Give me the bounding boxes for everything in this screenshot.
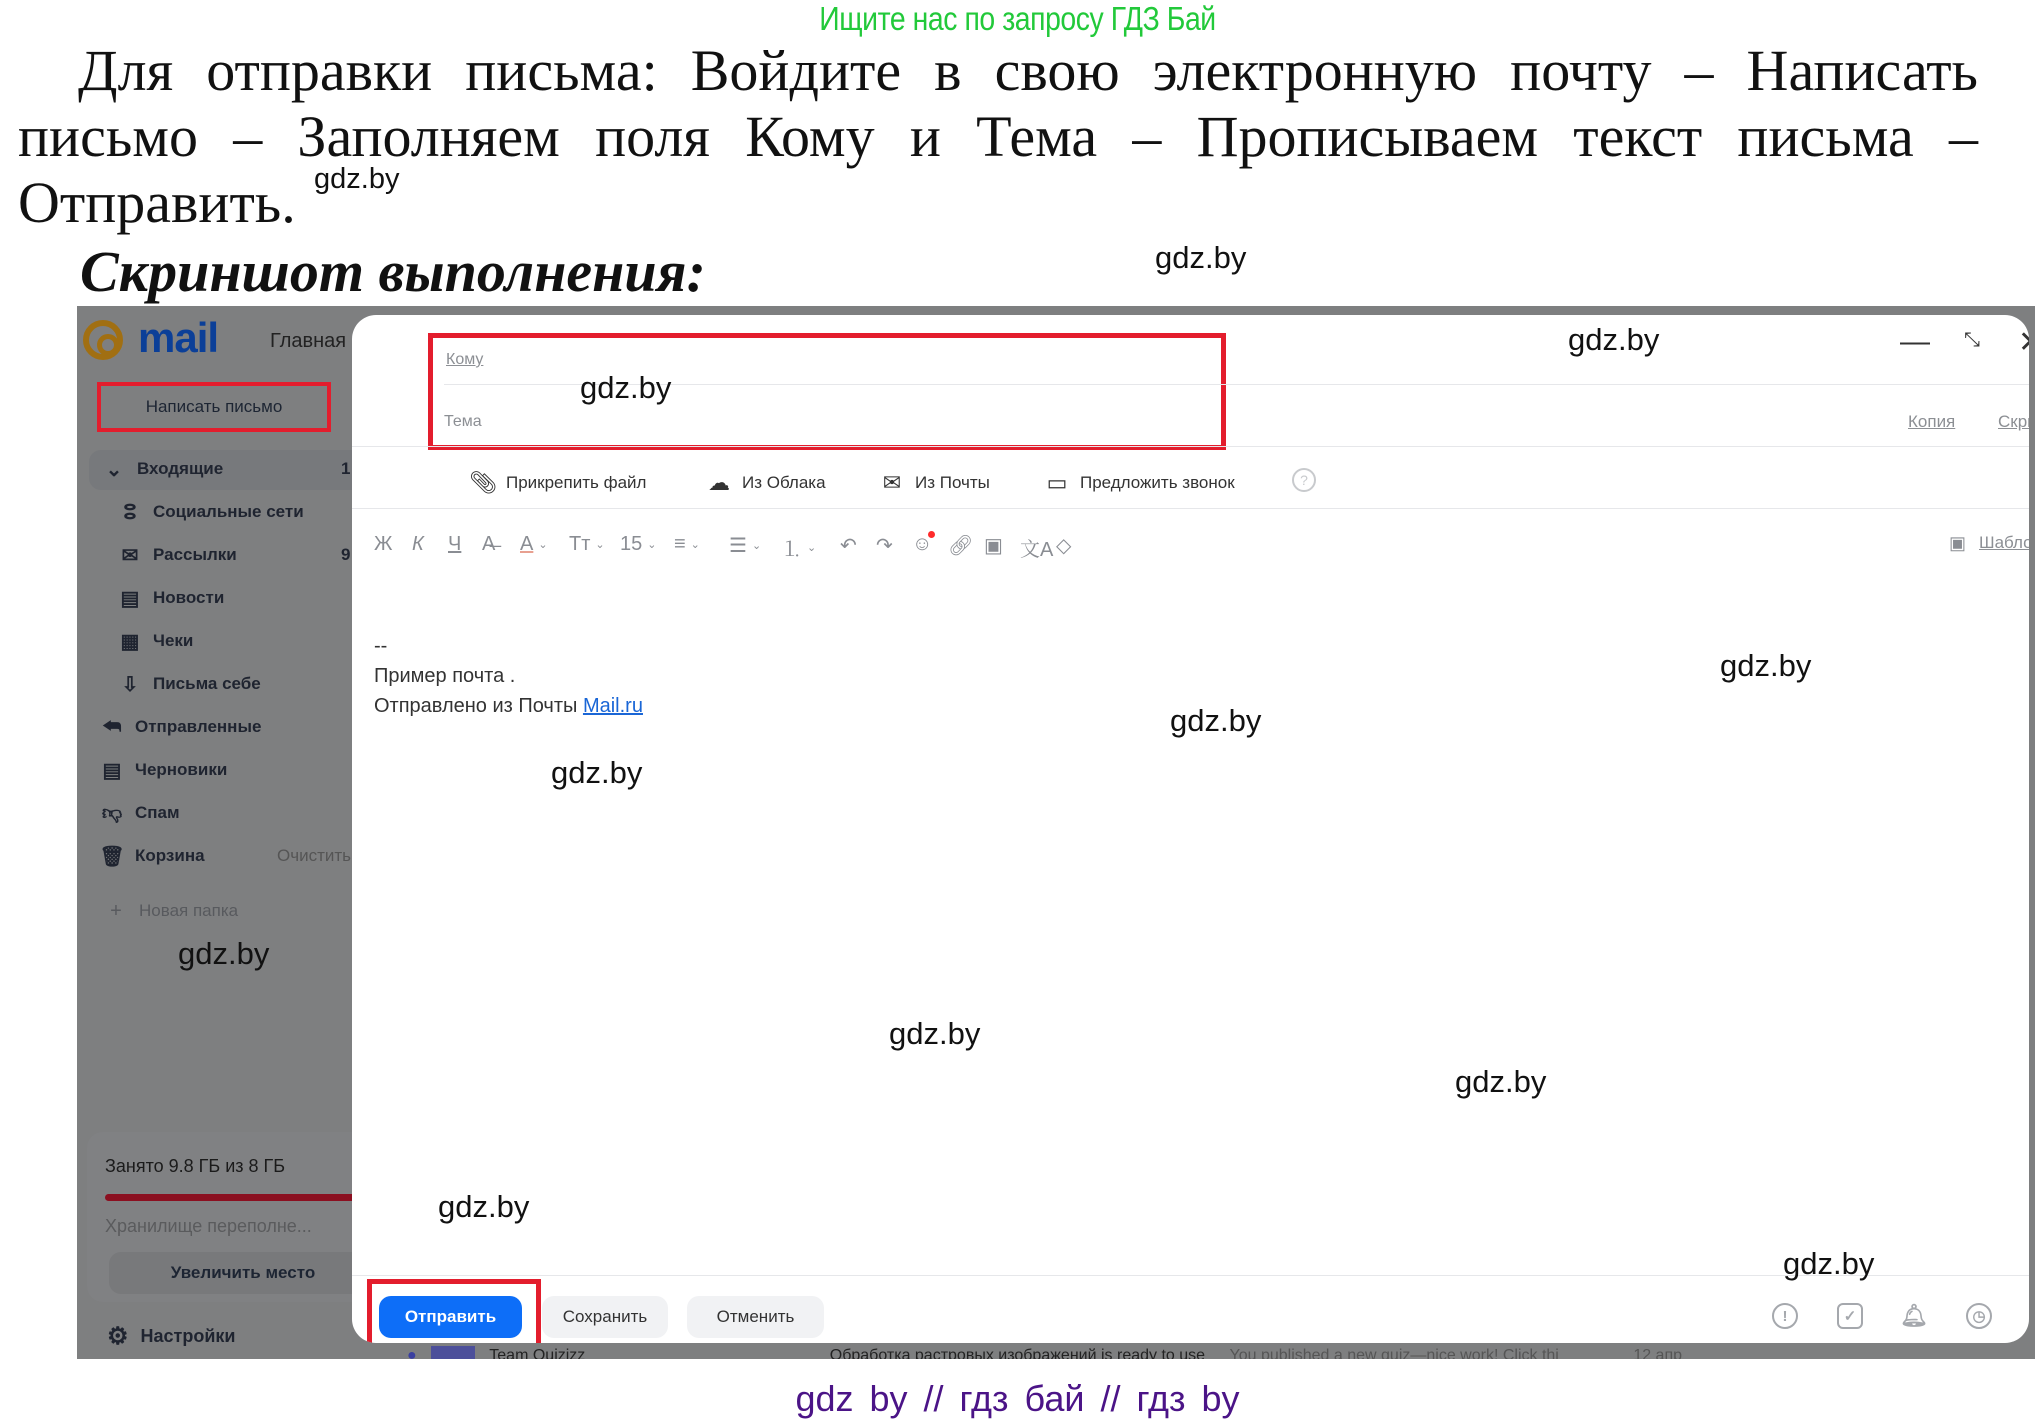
new-folder-label: Новая папка (139, 901, 238, 921)
bold-icon: Ж (374, 533, 392, 556)
sidebar: mail Главная Написать письмо ⌄ Входящие … (77, 306, 367, 1359)
clear-format-icon: ◇ (1056, 533, 1071, 558)
signature-sent-from: Отправлено из Почты Mail.ru (374, 695, 643, 718)
folder-self[interactable]: ⇩ Письма себе (119, 673, 261, 695)
attach-label: Прикрепить файл (506, 473, 646, 493)
compose-button-label: Написать письмо (146, 397, 283, 417)
collapse-button[interactable]: ⤡ (1964, 329, 1980, 352)
list-date: 12 апр (1633, 1347, 1682, 1359)
screenshot-heading: Скриншот выполнения: (80, 238, 706, 305)
storage-title: Занято 9.8 ГБ из 8 ГБ (105, 1156, 285, 1177)
cc-link[interactable]: Копия (1908, 412, 1955, 432)
watermark: gdz.by (551, 755, 642, 791)
drafts-icon: ▤ (101, 759, 123, 781)
watermark: gdz.by (580, 370, 671, 406)
bold-button[interactable]: Ж (374, 533, 392, 556)
align-button[interactable]: ≡⌄ (674, 533, 700, 556)
list-subject: Обработка растровых изображений is ready… (830, 1347, 1205, 1359)
folder-label: Черновики (135, 760, 227, 780)
sent-icon: ⮪ (101, 716, 123, 738)
mail-icon: ✉︎ (879, 470, 905, 496)
bcc-link[interactable]: Скрытая (1998, 412, 2029, 432)
folder-receipts[interactable]: ▦ Чеки (119, 630, 193, 652)
importance-icon[interactable]: ! (1772, 1303, 1798, 1329)
chevron-down-icon: ⌄ (647, 538, 656, 551)
settings-label: Настройки (141, 1326, 236, 1347)
folder-label: Рассылки (153, 545, 237, 565)
unread-dot-icon: ● (407, 1347, 417, 1359)
signature-line: Пример почта . (374, 665, 515, 688)
self-mail-icon: ⇩ (119, 673, 141, 695)
cancel-label: Отменить (717, 1307, 795, 1327)
attach-label: Из Облака (742, 473, 826, 493)
subject-field[interactable] (512, 405, 1216, 437)
storage-warning: Хранилище переполне... (105, 1216, 312, 1237)
emoji-icon: ☺ (912, 533, 932, 556)
minimize-button[interactable]: — (1900, 325, 1930, 359)
watermark: gdz.by (1455, 1064, 1546, 1100)
chevron-down-icon: ⌄ (691, 538, 700, 551)
folder-spam[interactable]: 👎︎ Спам (101, 802, 180, 824)
list-snippet: You published a new quiz—nice work! Clic… (1230, 1347, 1559, 1359)
numbered-list-button[interactable]: ⒈⌄ (782, 533, 816, 562)
watermark: gdz.by (1170, 703, 1261, 739)
cancel-button[interactable]: Отменить (687, 1296, 824, 1338)
from-cloud-button[interactable]: ☁︎Из Облака (706, 470, 826, 496)
image-icon: ▣ (984, 533, 1003, 558)
clear-format-button[interactable]: ◇ (1056, 533, 1071, 558)
storage-card: Занято 9.8 ГБ из 8 ГБ ⋮ Хранилище перепо… (87, 1132, 377, 1302)
redo-button[interactable]: ↷ (876, 533, 893, 558)
save-button[interactable]: Сохранить (542, 1296, 668, 1338)
paperclip-icon: 📎︎ (470, 470, 496, 496)
italic-icon: К (412, 533, 424, 556)
folder-count: 9 (341, 545, 350, 565)
folder-label: Спам (135, 803, 180, 823)
emoji-button[interactable]: ☺ (912, 533, 932, 556)
trash-icon: 🗑︎ (101, 845, 123, 867)
mail-list-row[interactable]: ● Team Quizizz Обработка растровых изобр… (407, 1346, 1682, 1359)
link-icon: 🔗︎ (948, 533, 973, 558)
new-folder-button[interactable]: + Новая папка (105, 900, 238, 922)
signature-separator: -- (374, 635, 387, 658)
footer-watermark: gdz by // гдз бай // гдз by (0, 1378, 2035, 1419)
watermark: gdz.by (1783, 1246, 1874, 1282)
receipt-icon: ▦ (119, 630, 141, 652)
folder-count: 1 (341, 459, 350, 479)
attach-label: Из Почты (915, 473, 990, 493)
watermark: gdz.by (1155, 240, 1246, 276)
watermark: gdz.by (178, 936, 269, 972)
italic-button[interactable]: К (412, 533, 424, 556)
link-button[interactable]: 🔗︎ (948, 533, 973, 558)
watermark: gdz.by (1568, 322, 1659, 358)
avatar (431, 1346, 475, 1359)
underline-button[interactable]: Ч (448, 533, 461, 556)
mail-logo-text: mail (138, 314, 218, 362)
indent-icon: ☰ (729, 533, 747, 558)
save-label: Сохранить (563, 1307, 647, 1327)
folder-social[interactable]: ⵓ Социальные сети (119, 501, 304, 523)
send-label: Отправить (405, 1307, 496, 1327)
top-banner: Ищите нас по запросу ГДЗ Бай (142, 0, 1892, 38)
instruction-paragraph: Для отправки письма: Войдите в свою элек… (18, 38, 1978, 236)
attach-file-button[interactable]: 📎︎Прикрепить файл (470, 470, 646, 496)
people-icon: ⵓ (119, 501, 141, 523)
send-button[interactable]: Отправить (379, 1296, 522, 1338)
chevron-down-icon: ⌄ (752, 539, 761, 552)
reminder-bell-icon[interactable]: 🔔︎ (1901, 1303, 1927, 1329)
notification-dot (928, 531, 935, 538)
help-icon[interactable]: ? (1292, 468, 1316, 492)
from-mail-button[interactable]: ✉︎Из Почты (879, 470, 990, 496)
mailru-link[interactable]: Mail.ru (583, 695, 643, 717)
folder-inbox[interactable]: ⌄ Входящие 1 (103, 458, 223, 480)
folder-news[interactable]: ▤ Новости (119, 587, 224, 609)
plus-icon: + (105, 900, 127, 922)
font-size-button[interactable]: 15⌄ (620, 533, 656, 556)
strikethrough-icon: A̶ (482, 533, 495, 556)
chevron-down-icon: ⌄ (538, 538, 547, 551)
close-button[interactable]: ✕ (2018, 325, 2029, 360)
numbered-list-icon: ⒈ (782, 533, 802, 562)
attach-label: Предложить звонок (1080, 473, 1235, 493)
mail-screenshot: mail Главная Написать письмо ⌄ Входящие … (77, 306, 2035, 1359)
font-icon: Тт (569, 533, 590, 556)
folder-label: Письма себе (153, 674, 261, 694)
folder-sent[interactable]: ⮪ Отправленные (101, 716, 261, 738)
sent-from-text: Отправлено из Почты (374, 695, 583, 717)
watermark: gdz.by (314, 163, 399, 196)
translate-button[interactable]: 文A (1020, 533, 1053, 562)
folder-label: Новости (153, 588, 224, 608)
folder-label: Корзина (135, 846, 205, 866)
chevron-down-icon: ⌄ (103, 458, 125, 480)
chevron-down-icon: ⌄ (807, 541, 816, 554)
indent-button[interactable]: ☰⌄ (729, 533, 761, 558)
undo-button[interactable]: ↶ (840, 533, 857, 558)
video-call-icon: ▭ (1044, 470, 1070, 496)
folder-drafts[interactable]: ▤ Черновики (101, 759, 227, 781)
folder-trash[interactable]: 🗑︎ Корзина Очистить (101, 845, 205, 867)
propose-call-button[interactable]: ▭Предложить звонок (1044, 470, 1235, 496)
receipt-notify-icon[interactable]: ✓ (1837, 1303, 1863, 1329)
folder-label: Социальные сети (153, 502, 304, 522)
folder-label: Чеки (153, 631, 193, 651)
empty-trash-link[interactable]: Очистить (277, 846, 351, 866)
font-size-icon: 15 (620, 533, 642, 556)
image-button[interactable]: ▣ (984, 533, 1003, 558)
subject-label: Тема (444, 413, 482, 431)
spam-icon: 👎︎ (101, 802, 123, 824)
folder-newsletters[interactable]: ✉ Рассылки 9 (119, 544, 237, 566)
storage-progress-bar (105, 1194, 377, 1201)
folder-label: Отправленные (135, 717, 261, 737)
strikethrough-button[interactable]: A̶ (482, 533, 495, 556)
news-icon: ▤ (119, 587, 141, 609)
text-color-button[interactable]: A⌄ (520, 533, 548, 556)
underline-icon: Ч (448, 533, 461, 556)
schedule-clock-icon[interactable]: ◷ (1966, 1303, 1992, 1329)
to-label[interactable]: Кому (446, 351, 483, 369)
undo-icon: ↶ (840, 533, 857, 558)
templates-link[interactable]: Шаблоны (1979, 533, 2029, 553)
compose-button[interactable]: Написать письмо (97, 382, 331, 432)
settings-link[interactable]: ⚙ Настройки (107, 1322, 235, 1351)
folder-label: Входящие (137, 459, 223, 479)
increase-storage-button[interactable]: Увеличить место (109, 1252, 377, 1294)
list-sender: Team Quizizz (489, 1347, 585, 1359)
align-icon: ≡ (674, 533, 686, 556)
newsletter-icon: ✉ (119, 544, 141, 566)
chevron-down-icon: ⌄ (595, 538, 604, 551)
increase-storage-label: Увеличить место (171, 1263, 315, 1283)
nav-home[interactable]: Главная (270, 330, 346, 353)
cloud-icon: ☁︎ (706, 470, 732, 496)
watermark: gdz.by (889, 1016, 980, 1052)
translate-icon: 文A (1020, 533, 1053, 562)
redo-icon: ↷ (876, 533, 893, 558)
compose-window: Кому Тема — ⤡ ✕ Копия Скрытая 📎︎Прикрепи… (352, 315, 2029, 1343)
text-color-icon: A (520, 533, 533, 556)
font-button[interactable]: Тт⌄ (569, 533, 605, 556)
templates-icon[interactable]: ▣ (1949, 533, 1966, 554)
watermark: gdz.by (438, 1189, 529, 1225)
watermark: gdz.by (1720, 648, 1811, 684)
mail-logo-icon (83, 320, 123, 360)
gear-icon: ⚙ (107, 1322, 129, 1351)
